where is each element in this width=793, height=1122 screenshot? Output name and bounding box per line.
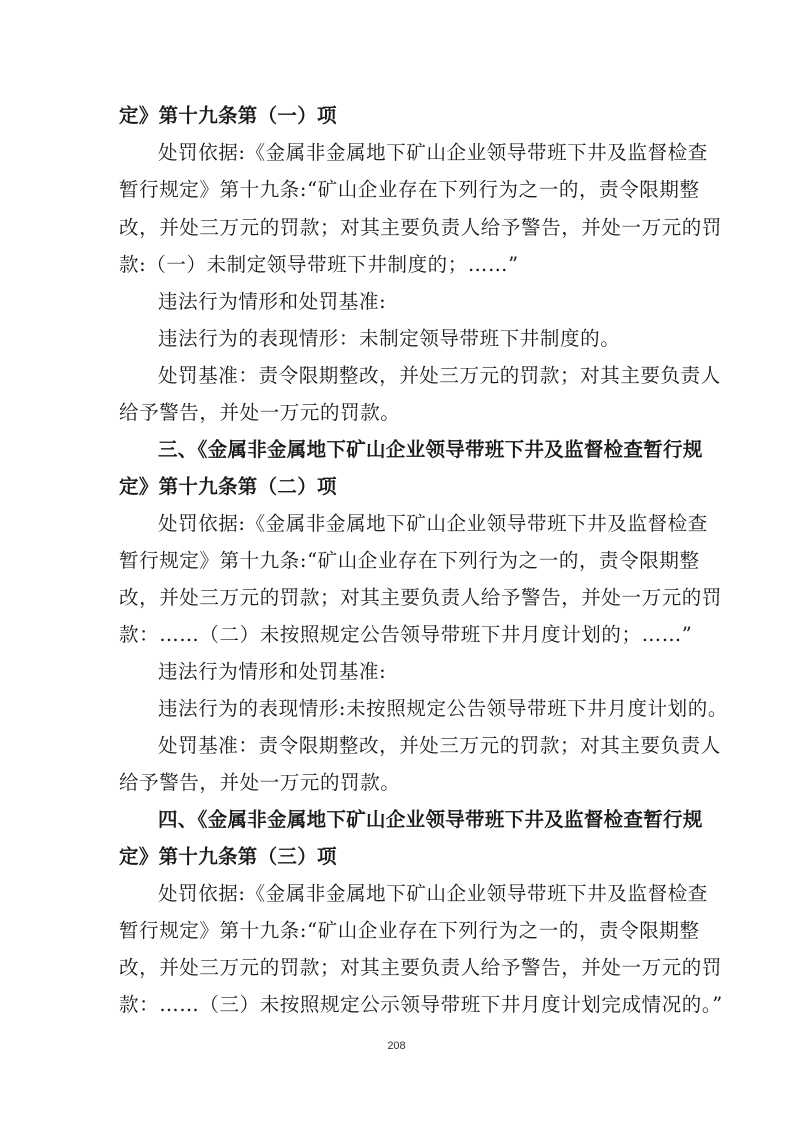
penalty-basis-paragraph: 处罚依据:《金属非金属地下矿山企业领导带班下井及监督检查 — [158, 512, 718, 536]
penalty-basis-paragraph-line: 暂行规定》第十九条:“矿山企业存在下列行为之一的，责令限期整 — [119, 919, 679, 943]
penalty-basis-paragraph-line: 款:（一）未制定领导带班下井制度的；……” — [119, 253, 679, 277]
section-heading-3: 三、《金属非金属地下矿山企业领导带班下井及监督检查暂行规 — [158, 438, 718, 462]
violation-manifestation: 违法行为的表现情形：未制定领导带班下井制度的。 — [158, 327, 718, 351]
penalty-basis-paragraph-line: 改，并处三万元的罚款；对其主要负责人给予警告，并处一万元的罚 — [119, 586, 679, 610]
penalty-basis-paragraph: 处罚依据:《金属非金属地下矿山企业领导带班下井及监督检查 — [158, 141, 718, 165]
penalty-basis-paragraph-line: 暂行规定》第十九条:“矿山企业存在下列行为之一的，责令限期整 — [119, 549, 679, 573]
section-heading-4: 四、《金属非金属地下矿山企业领导带班下井及监督检查暂行规 — [158, 808, 718, 832]
penalty-basis-paragraph-line: 暂行规定》第十九条:“矿山企业存在下列行为之一的，责令限期整 — [119, 178, 679, 202]
penalty-standard: 处罚基准：责令限期整改，并处三万元的罚款；对其主要负责人 — [158, 734, 718, 758]
violation-criteria-label: 违法行为情形和处罚基准: — [158, 660, 718, 684]
section-heading-continuation: 定》第十九条第（一）项 — [119, 104, 679, 128]
violation-criteria-label: 违法行为情形和处罚基准: — [158, 290, 718, 314]
page-number: 208 — [0, 1040, 793, 1052]
section-heading-4-line: 定》第十九条第（三）项 — [119, 845, 679, 869]
penalty-basis-paragraph-line: 款：……（三）未按照规定公示领导带班下井月度计划完成情况的。” — [119, 993, 679, 1017]
penalty-basis-paragraph-line: 款：……（二）未按照规定公告领导带班下井月度计划的；……” — [119, 623, 679, 647]
penalty-basis-paragraph-line: 改，并处三万元的罚款；对其主要负责人给予警告，并处一万元的罚 — [119, 956, 679, 980]
penalty-standard-line: 给予警告，并处一万元的罚款。 — [119, 771, 679, 795]
penalty-basis-paragraph-line: 改，并处三万元的罚款；对其主要负责人给予警告，并处一万元的罚 — [119, 216, 679, 240]
violation-manifestation: 违法行为的表现情形:未按照规定公告领导带班下井月度计划的。 — [158, 697, 718, 721]
penalty-basis-paragraph: 处罚依据:《金属非金属地下矿山企业领导带班下井及监督检查 — [158, 882, 718, 906]
section-heading-3-line: 定》第十九条第（二）项 — [119, 475, 679, 499]
penalty-standard-line: 给予警告，并处一万元的罚款。 — [119, 401, 679, 425]
document-page: 定》第十九条第（一）项 处罚依据:《金属非金属地下矿山企业领导带班下井及监督检查… — [0, 0, 793, 1122]
penalty-standard: 处罚基准：责令限期整改，并处三万元的罚款；对其主要负责人 — [158, 364, 718, 388]
